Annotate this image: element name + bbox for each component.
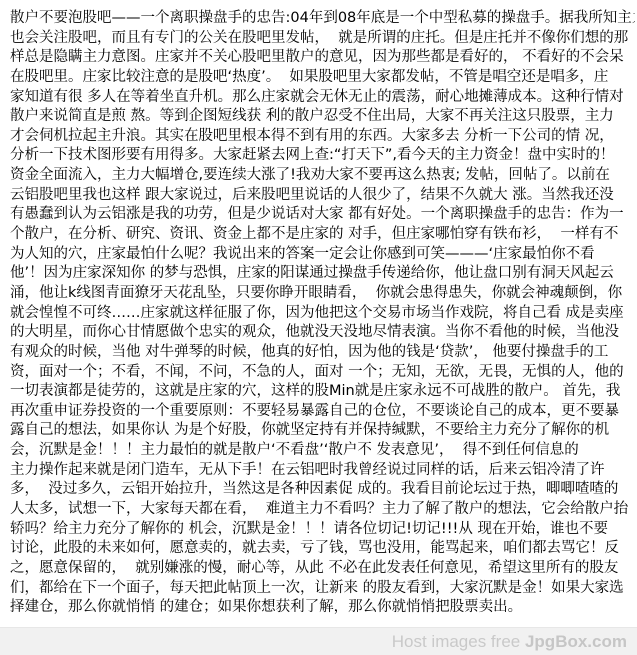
text-line: 会，沉默是金！！！主力最怕的就是散户‘不看盘’‘散户不 发表意见’， 得不到任何…	[10, 441, 635, 461]
text-line: 们，都给在下一个面子，每天把此帖顶上一次，让新来 的股友看到，大家沉默是金！如果…	[10, 579, 635, 599]
text-line: 样总是隐瞒主力意图。庄家并不关心股吧里散户的意见，因为那些都是看好的， 不看好的…	[10, 48, 635, 68]
text-line: 有观众的时候，当他 对牛弹琴的时候，他真的好怕，因为他的钱是‘贷款’， 他要付操…	[10, 343, 635, 363]
text-line: 散户不要泡股吧——一个离职操盘手的忠告:04年到08年底是一个中型私募的操盘手。…	[10, 9, 635, 29]
text-line: 为人知的穴，庄家最怕什么呢？我说出来的答案一定会让你感到可笑———‘庄家最怕你不…	[10, 245, 635, 265]
text-line: 个散户，在分析、研究、资讯、资金上都不是庄家的 对手，但庄家哪怕穿有铁布衫， 一…	[10, 225, 635, 245]
text-line: 分析一下技术图形要有用得多。大家赶紧去网上查:“打天下”,看今天的主力资金！盘中…	[10, 146, 635, 166]
watermark-brand: JpgBox.com	[525, 632, 627, 651]
text-line: 才会伺机拉起主升浪。其实在股吧里根本得不到有用的东西。大家多去 分析一下公司的情…	[10, 127, 635, 147]
text-line: 的大明星，而你心甘情愿做个忠实的观众，他就没天没地尽情表演。当你不看他的时候，当…	[10, 323, 635, 343]
text-line: 家知道有很 多人在等着坐直升机。那么庄家就会无休无止的震荡，耐心地摊薄成本。这种…	[10, 88, 635, 108]
text-line: 散户来说简直是煎 熬。等到企图短线获 利的散户忍受不住出局，大家不再关注这只股票…	[10, 107, 635, 127]
text-line: 人太多，试想一下，大家每天都在看， 难道主力不看吗？主力了解了散户的想法，它会给…	[10, 500, 635, 520]
post-text: 散户不要泡股吧——一个离职操盘手的忠告:04年到08年底是一个中型私募的操盘手。…	[10, 9, 635, 618]
text-line: 多， 没过多久，云铝开始拉升，当然这是各种因素促 成的。我看目前论坛过于热，唧唧…	[10, 480, 635, 500]
text-line: 资，面对一个；不看，不闻，不问，不急的人，面对 一个；无知，无欲，无畏，无惧的人…	[10, 363, 635, 383]
text-line: 也会关注股吧，而且有专门的公关在股吧里发帖， 就是所谓的庄托。但是庄托并不像你们…	[10, 29, 635, 49]
text-line: 讨论，此股的未来如何，愿意卖的，就去卖，亏了钱，骂也没用，能骂起来，咱们都去骂它…	[10, 539, 635, 559]
text-line: 露自己的想法，如果你认 为是个好股，你就坚定持有并保持缄默，不要给主力充分了解你…	[10, 421, 635, 441]
text-line: 主力操作起来就是闭门造车，无从下手！在云铝吧时我曾经说过同样的话，后来云铝冷清了…	[10, 461, 635, 481]
watermark-bar: Host images free JpgBox.com	[0, 627, 637, 655]
text-line: 有愚蠢到认为云铝涨是我的功劳，但是少说话对大家 都有好处。一个离职操盘手的忠告：…	[10, 205, 635, 225]
text-line: 再次重申证券投资的一个重要原则：不要轻易暴露自己的仓位，不要谈论自己的成本，更不…	[10, 402, 635, 422]
text-line: 在股吧里。庄家比较注意的是股吧‘热度’。 如果股吧里大家都发帖，不管是唱空还是唱…	[10, 68, 635, 88]
text-line: 涌，他让k线图青面獠牙天花乱坠，只要你睁开眼睛看， 你就会患得患失，你就会神魂颠…	[10, 284, 635, 304]
text-line: 云铝股吧里我也这样 跟大家说过，后来股吧里说话的人很少了，结果不久就大 涨。当然…	[10, 186, 635, 206]
text-line: 之，愿意保留的， 就别嫌涨的慢，耐心等，从此 不必在此发表任何意见，希望这里所有…	[10, 559, 635, 579]
watermark-text: Host images free	[392, 632, 525, 651]
text-line: 择建仓，那么你就悄悄 的建仓；如果你想获利了解，那么你就悄悄把股票卖出。	[10, 598, 635, 618]
forum-post-screenshot: 散户不要泡股吧——一个离职操盘手的忠告:04年到08年底是一个中型私募的操盘手。…	[0, 0, 637, 655]
text-line: 资金全面流入，主力大幅增仓,要连续大涨了!我劝大家不要再这么热衷; 发帖，回帖了…	[10, 166, 635, 186]
text-line: 轿吗？给主力充分了解你的 机会，沉默是金！！！请各位切记!切记!!!从 现在开始…	[10, 520, 635, 540]
text-line: 他’！因为庄家深知你 的梦与恐惧，庄家的阳谋通过操盘手传递给你，他让盘口别有洞天…	[10, 264, 635, 284]
text-line: 一切表演都是徒劳的，这就是庄家的穴，这样的股Min就是庄家永远不可战胜的散户。 …	[10, 382, 635, 402]
text-line: 就会惶惶不可终……庄家就这样征服了你，因为他把这个交易市场当作戏院，将自己看 成…	[10, 304, 635, 324]
